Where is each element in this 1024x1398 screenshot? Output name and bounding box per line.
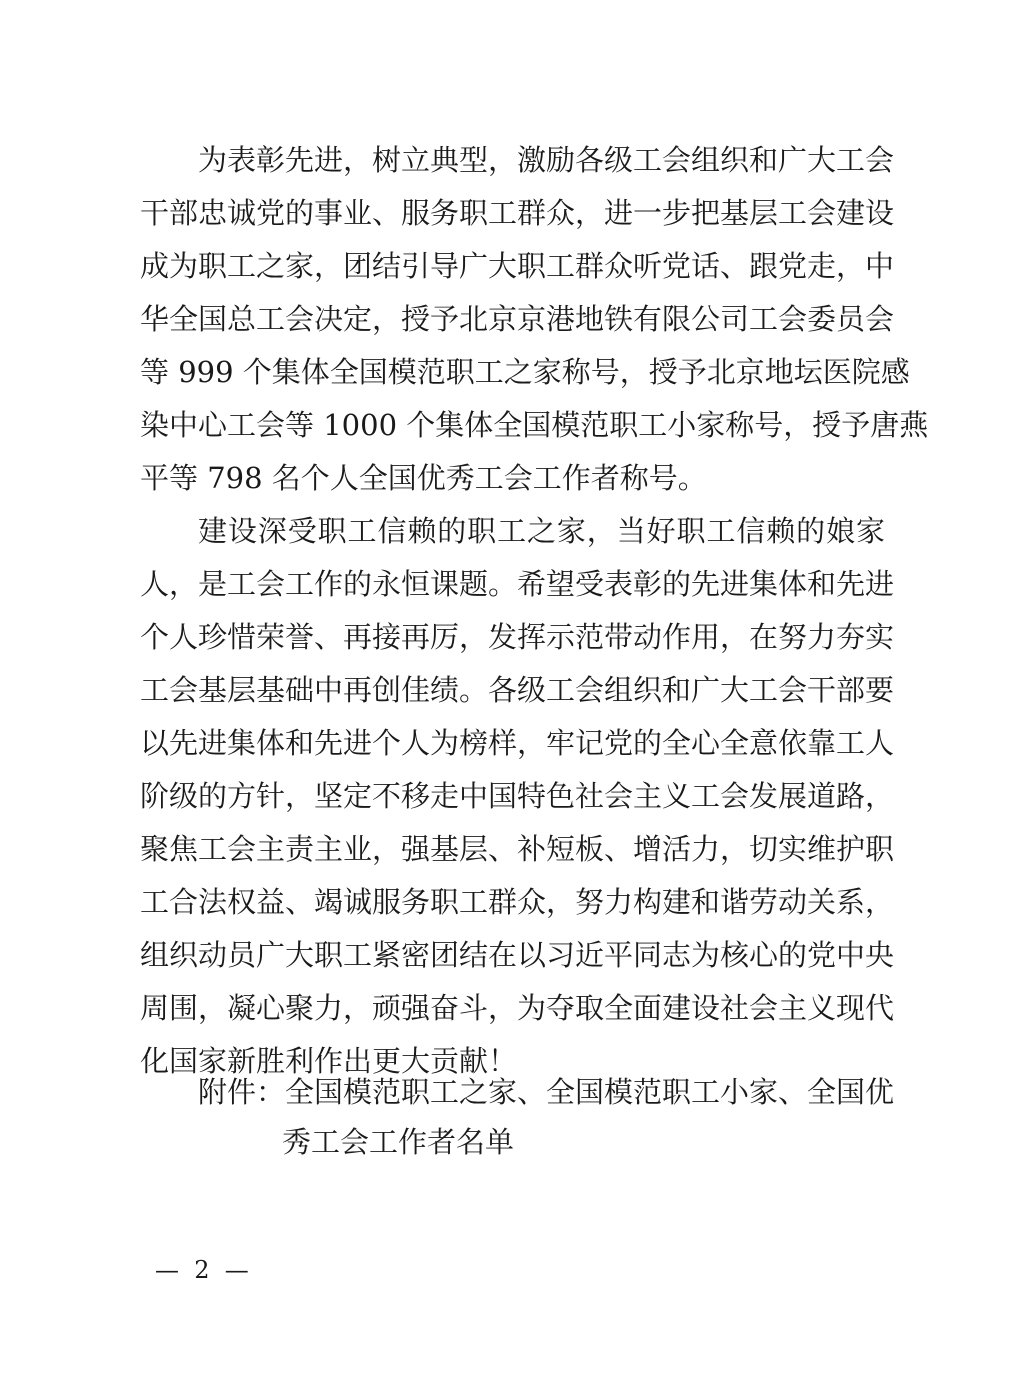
attachment-line: 附件：全国模范职工之家、全国模范职工小家、全国优 — [198, 1072, 885, 1112]
text-line: 华全国总工会决定，授予北京京港地铁有限公司工会委员会 — [140, 299, 885, 339]
text-line: 工会基层基础中再创佳绩。各级工会组织和广大工会干部要 — [140, 670, 885, 710]
text-line: 建设深受职工信赖的职工之家，当好职工信赖的娘家 — [198, 511, 885, 551]
page-number: — 2 — — [155, 1255, 249, 1285]
text-line: 为表彰先进，树立典型，激励各级工会组织和广大工会 — [198, 140, 885, 180]
text-line: 等 999 个集体全国模范职工之家称号，授予北京地坛医院感 — [140, 352, 885, 392]
text-line: 组织动员广大职工紧密团结在以习近平同志为核心的党中央 — [140, 935, 885, 975]
text-line: 个人珍惜荣誉、再接再厉，发挥示范带动作用，在努力夯实 — [140, 617, 885, 657]
text-line: 成为职工之家，团结引导广大职工群众听党话、跟党走，中 — [140, 246, 885, 286]
text-line: 阶级的方针，坚定不移走中国特色社会主义工会发展道路， — [140, 776, 885, 816]
text-line: 干部忠诚党的事业、服务职工群众，进一步把基层工会建设 — [140, 193, 885, 233]
text-line: 人，是工会工作的永恒课题。希望受表彰的先进集体和先进 — [140, 564, 885, 604]
text-line: 周围，凝心聚力，顽强奋斗，为夺取全面建设社会主义现代 — [140, 988, 885, 1028]
attachment-line: 秀工会工作者名单 — [282, 1122, 682, 1162]
text-line: 工合法权益、竭诚服务职工群众，努力构建和谐劳动关系， — [140, 882, 885, 922]
text-line: 染中心工会等 1000 个集体全国模范职工小家称号，授予唐燕 — [140, 405, 885, 445]
text-line: 平等 798 名个人全国优秀工会工作者称号。 — [140, 458, 885, 498]
text-line: 聚焦工会主责主业，强基层、补短板、增活力，切实维护职 — [140, 829, 885, 869]
text-line: 以先进集体和先进个人为榜样，牢记党的全心全意依靠工人 — [140, 723, 885, 763]
document-page: 为表彰先进，树立典型，激励各级工会组织和广大工会 干部忠诚党的事业、服务职工群众… — [0, 0, 1024, 1398]
